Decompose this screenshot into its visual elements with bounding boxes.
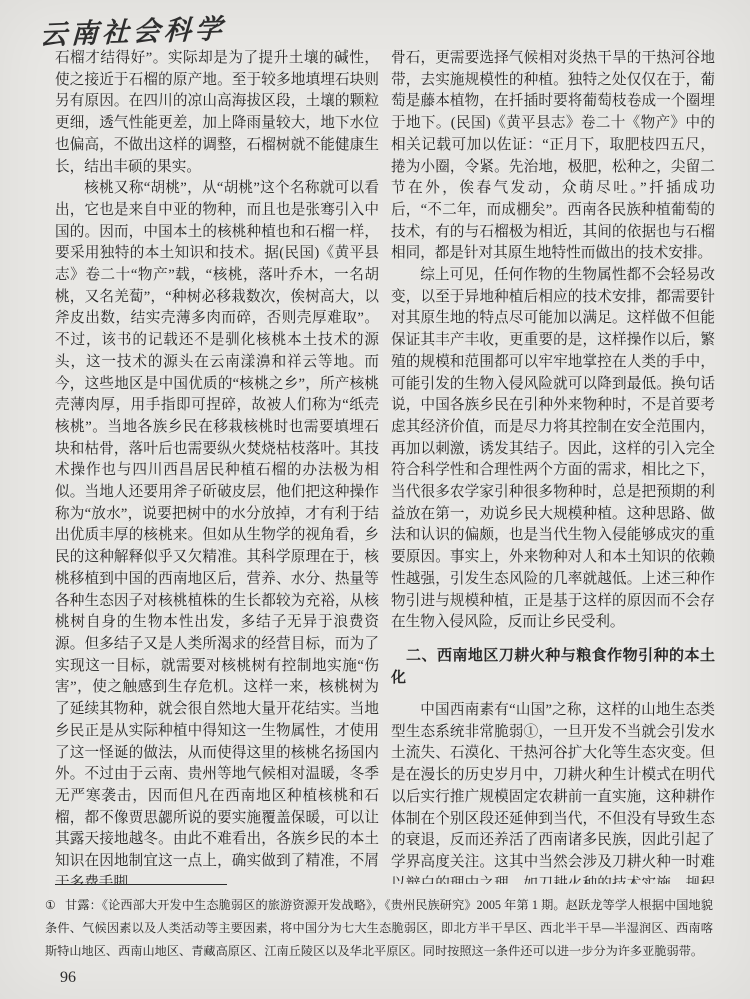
footnote-section: ①甘露：《论西部大开发中生态脆弱区的旅游资源开发战略》，《贵州民族研究》2005… [0,884,750,963]
footnote-marker: ① [45,898,56,912]
page-number: 96 [60,969,76,987]
paragraph: 中国西南素有“山国”之称，这样的山地生态类型生态系统非常脆弱①，一旦开发不当就会… [391,700,715,884]
footnote: ①甘露：《论西部大开发中生态脆弱区的旅游资源开发战略》，《贵州民族研究》2005… [45,894,713,963]
paragraph: 石榴才结得好”。实际却是为了提升土壤的碱性，使之接近于石榴的原产地。至于较多地填… [55,48,379,178]
right-column: 骨石，更需要选择气候相对炎热干旱的干热河谷地带，去实施规模性的种植。独特之处仅仅… [391,48,715,884]
paragraph: 骨石，更需要选择气候相对炎热干旱的干热河谷地带，去实施规模性的种植。独特之处仅仅… [391,48,715,265]
footnote-divider [55,884,227,885]
footnote-text: 甘露：《论西部大开发中生态脆弱区的旅游资源开发战略》，《贵州民族研究》2005 … [45,898,713,958]
paragraph: 核桃又称“胡桃”，从“胡桃”这个名称就可以看出，它也是来自中亚的物种，而且也是张… [55,178,379,884]
article-body: 石榴才结得好”。实际却是为了提升土壤的碱性，使之接近于石榴的原产地。至于较多地填… [55,48,715,884]
journal-page: 云南社会科学 石榴才结得好”。实际却是为了提升土壤的碱性，使之接近于石榴的原产地… [0,0,750,999]
section-heading: 二、西南地区刀耕火种与粮食作物引种的本土化 [391,645,715,689]
paragraph: 综上可见，任何作物的生物属性都不会轻易改变，以至于异地种植后相应的技术安排，都需… [391,265,715,634]
journal-logo: 云南社会科学 [39,7,226,53]
left-column: 石榴才结得好”。实际却是为了提升土壤的碱性，使之接近于石榴的原产地。至于较多地填… [55,48,379,884]
